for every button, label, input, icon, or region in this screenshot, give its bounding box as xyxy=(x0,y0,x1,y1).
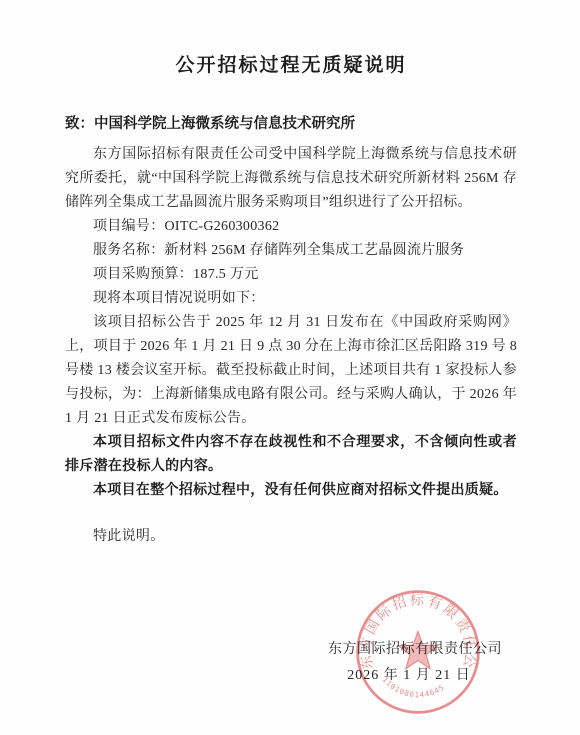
addressee-line: 致：中国科学院上海微系统与信息技术研究所 xyxy=(65,113,517,135)
signature-block: 东方国际招标有限责任公司 2026 年 1 月 21 日 xyxy=(328,640,490,686)
document-page: 公开招标过程无质疑说明 致：中国科学院上海微系统与信息技术研究所 东方国际招标有… xyxy=(0,0,580,735)
no-discrimination-statement: 本项目招标文件内容不存在歧视性和不合理要求，不含倾向性或者排斥潜在投标人的内容。 xyxy=(65,431,517,479)
document-title: 公开招标过程无质疑说明 xyxy=(65,50,517,77)
no-objection-statement: 本项目在整个招标过程中，没有任何供应商对招标文件提出质疑。 xyxy=(65,479,517,503)
project-number-line: 项目编号：OITC-G260300362 xyxy=(93,215,517,239)
signature-date: 2026 年 1 月 21 日 xyxy=(328,666,490,686)
closing-line: 特此说明。 xyxy=(65,525,517,549)
signature-company-name: 东方国际招标有限责任公司 xyxy=(328,640,490,660)
intro-paragraph: 东方国际招标有限责任公司受中国科学院上海微系统与信息技术研究所委托，就“中国科学… xyxy=(65,143,517,215)
service-name-line: 服务名称：新材料 256M 存储阵列全集成工艺晶圆流片服务 xyxy=(93,239,517,263)
budget-line: 项目采购预算：187.5 万元 xyxy=(93,263,517,287)
explanation-intro-line: 现将本项目情况说明如下： xyxy=(93,287,517,311)
process-paragraph: 该项目招标公告于 2025 年 12 月 31 日发布在《中国政府采购网》上，项… xyxy=(65,311,517,431)
